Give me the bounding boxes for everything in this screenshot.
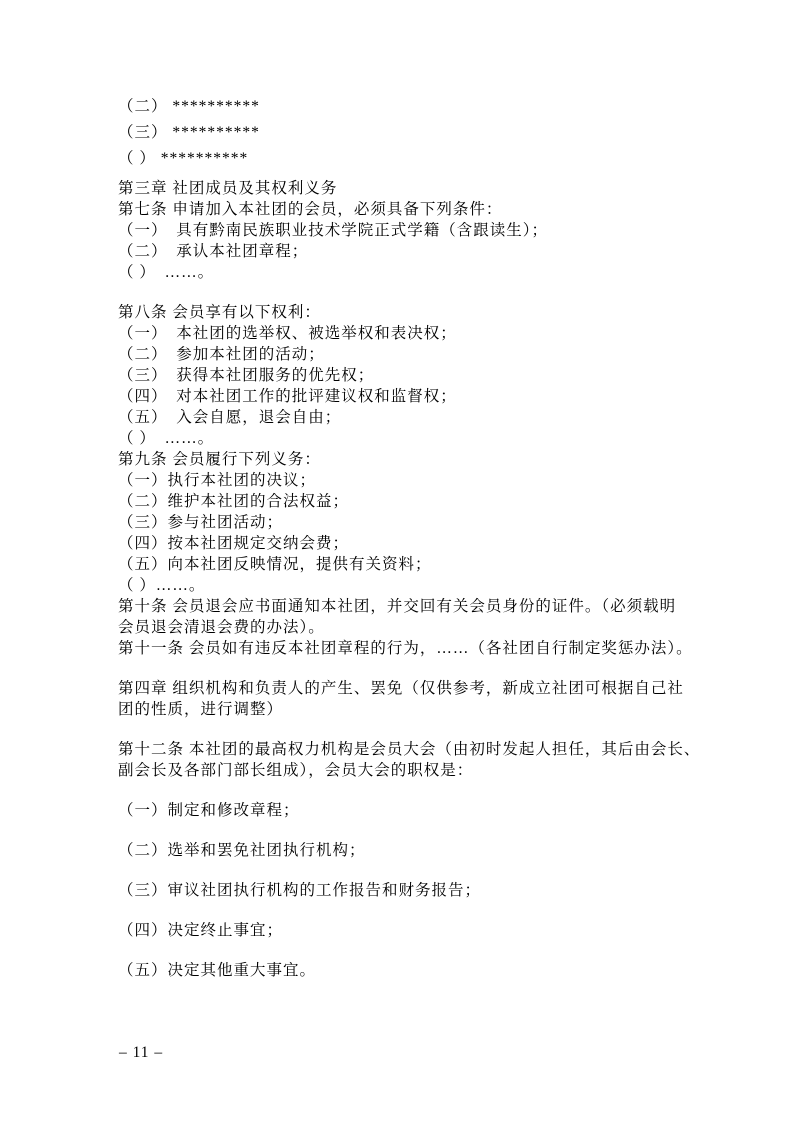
preamble-section: （二） **********（三） **********（ ） ********…	[118, 94, 793, 172]
doc-line: （五）向本社团反映情况，提供有关资料；	[118, 554, 793, 575]
doc-line: （三） 获得本社团服务的优先权；	[118, 365, 793, 386]
blank-line	[118, 821, 793, 840]
blank-line	[118, 861, 793, 880]
doc-line: （三）审议社团执行机构的工作报告和财务报告；	[118, 880, 793, 901]
doc-line: 第十条 会员退会应书面通知本社团，并交回有关会员身份的证件。（必须载明	[118, 596, 793, 617]
document-page: （二） **********（三） **********（ ） ********…	[0, 0, 793, 1122]
doc-line: （一） 具有黔南民族职业技术学院正式学籍（含跟读生）；	[118, 220, 793, 241]
doc-line: （ ）……。	[118, 575, 793, 596]
blank-line	[118, 941, 793, 960]
doc-line: （ ） ……。	[118, 428, 793, 449]
blank-line	[118, 901, 793, 920]
doc-line: 第八条 会员享有以下权利：	[118, 302, 793, 323]
doc-line: 副会长及各部门部长组成），会员大会的职权是：	[118, 760, 793, 781]
doc-line: （四）决定终止事宜；	[118, 920, 793, 941]
blank-line	[118, 781, 793, 800]
doc-line: （三）参与社团活动；	[118, 512, 793, 533]
doc-line: （ ） **********	[118, 146, 793, 172]
doc-line: （五）决定其他重大事宜。	[118, 960, 793, 981]
doc-line: 第七条 申请加入本社团的会员，必须具备下列条件：	[118, 199, 793, 220]
doc-line: （二）选举和罢免社团执行机构；	[118, 840, 793, 861]
blank-line	[118, 659, 793, 678]
doc-line: （四） 对本社团工作的批评建议权和监督权；	[118, 386, 793, 407]
doc-line: （一） 本社团的选举权、被选举权和表决权；	[118, 323, 793, 344]
doc-line: 第四章 组织机构和负责人的产生、罢免（仅供参考，新成立社团可根据自己社	[118, 678, 793, 699]
doc-line: 第十二条 本社团的最高权力机构是会员大会（由初时发起人担任，其后由会长、	[118, 739, 793, 760]
doc-line: （二）维护本社团的合法权益；	[118, 491, 793, 512]
body-section: 第三章 社团成员及其权利义务第七条 申请加入本社团的会员，必须具备下列条件：（一…	[118, 178, 793, 981]
doc-line: 第九条 会员履行下列义务：	[118, 449, 793, 470]
doc-line: （一）制定和修改章程；	[118, 800, 793, 821]
doc-line: （一）执行本社团的决议；	[118, 470, 793, 491]
document-text-block: （二） **********（三） **********（ ） ********…	[118, 94, 793, 981]
doc-line: 会员退会清退会费的办法）。	[118, 617, 793, 638]
doc-line: （五） 入会自愿，退会自由；	[118, 407, 793, 428]
doc-line: 第十一条 会员如有违反本社团章程的行为，……（各社团自行制定奖惩办法）。	[118, 638, 793, 659]
doc-line: （二） 承认本社团章程；	[118, 241, 793, 262]
doc-line: 第三章 社团成员及其权利义务	[118, 178, 793, 199]
doc-line: （ ） ……。	[118, 262, 793, 283]
page-number: – 11 –	[119, 1044, 163, 1062]
doc-line: （三） **********	[118, 120, 793, 146]
doc-line: （四）按本社团规定交纳会费；	[118, 533, 793, 554]
blank-line	[118, 720, 793, 739]
doc-line: （二） **********	[118, 94, 793, 120]
blank-line	[118, 283, 793, 302]
doc-line: 团的性质，进行调整）	[118, 699, 793, 720]
doc-line: （二） 参加本社团的活动；	[118, 344, 793, 365]
